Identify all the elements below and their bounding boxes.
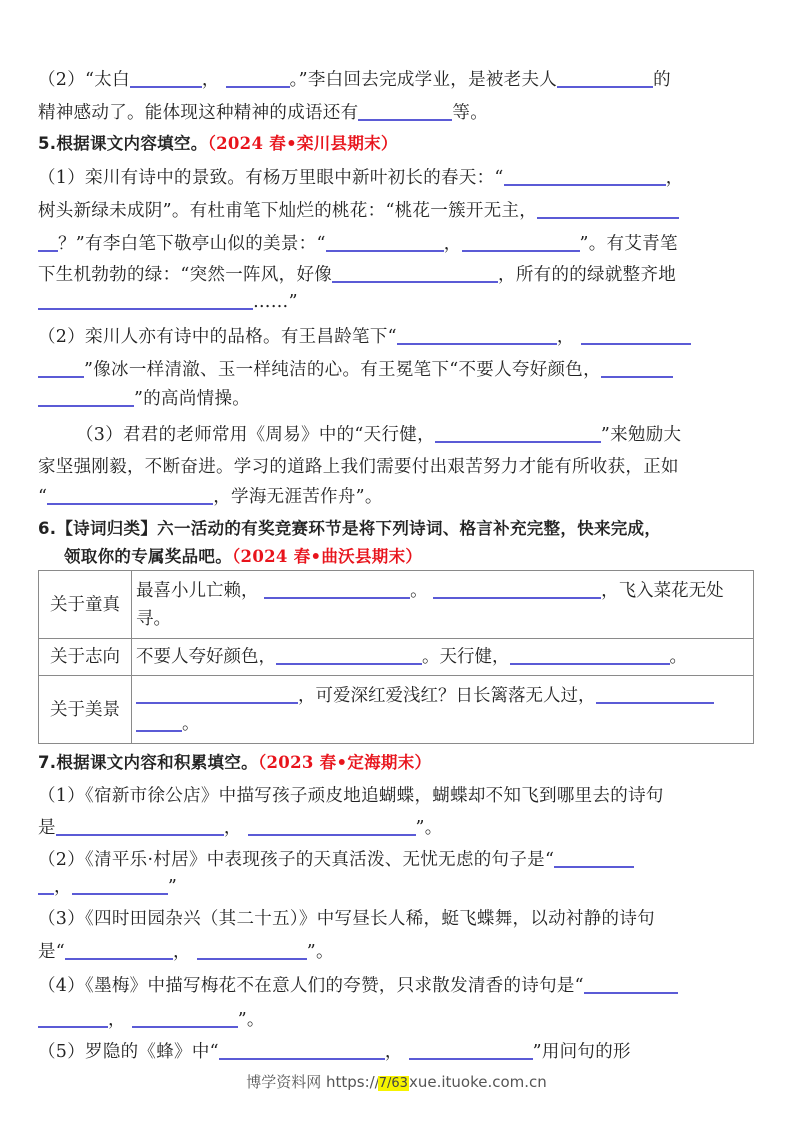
answer-blank[interactable]	[554, 848, 634, 868]
poem-table: 关于童真 最喜小儿亡赖， 。 ，飞入菜花无处 寻。 关于志向 不要人夸好颜色，。…	[38, 570, 754, 744]
q5-p3-line-1: （3）君君的老师常用《周易》中的“天行健，”来勉励大	[76, 423, 681, 446]
text: ，飞入菜花无处	[601, 581, 724, 601]
answer-blank[interactable]	[504, 166, 666, 186]
category-cell: 关于童真	[39, 571, 132, 639]
question-source: （2023 春•定海期末）	[258, 753, 431, 772]
text: ，	[224, 818, 242, 838]
q6-heading-line-2: 领取你的专属奖品吧。（2024 春•曲沃县期末）	[64, 546, 422, 568]
answer-blank[interactable]	[56, 816, 224, 836]
category-cell: 关于志向	[39, 639, 132, 676]
answer-blank[interactable]	[136, 684, 298, 704]
question-title: 6.【诗词归类】六一活动的有奖竞赛环节是将下列诗词、格言补充完整，快来完成，	[38, 519, 661, 538]
q7-p4-line-2: ， ”。	[38, 1008, 265, 1031]
q5-p1-line-3: ？”有李白笔下敬亭山似的美景：“，”。有艾青笔	[38, 232, 678, 255]
q7-p1-line-1: （1）《宿新市徐公店》中描写孩子顽皮地追蝴蝶，蝴蝶却不知飞到哪里去的诗句	[38, 785, 664, 807]
text: ”。	[238, 1010, 265, 1030]
text: （1）栾川有诗中的景致。有杨万里眼中新叶初长的春天：“	[38, 168, 504, 188]
content-cell: 不要人夸好颜色，。天行健，。	[132, 639, 754, 676]
text: 。天行健，	[422, 647, 510, 667]
text: ”用问句的形	[533, 1042, 631, 1062]
category-cell: 关于美景	[39, 676, 132, 744]
q5-p3-line-2: 家坚强刚毅，不断奋进。学习的道路上我们需要付出艰苦努力才能有所收获，正如	[38, 456, 679, 478]
text: ”。	[307, 942, 334, 962]
table-row: 关于志向 不要人夸好颜色，。天行健，。	[39, 639, 754, 676]
answer-blank[interactable]	[510, 645, 670, 665]
text: 最喜小儿亡赖，	[136, 581, 259, 601]
answer-blank[interactable]	[409, 1040, 533, 1060]
answer-blank[interactable]	[65, 940, 173, 960]
text: ，可爱深红爱浅红？日长篱落无人过，	[298, 686, 596, 706]
answer-blank[interactable]	[433, 579, 601, 599]
text: ”。	[416, 818, 443, 838]
answer-blank[interactable]	[557, 68, 653, 88]
text: ，	[108, 1010, 126, 1030]
text: （1）《宿新市徐公店》中描写孩子顽皮地追蝴蝶，蝴蝶却不知飞到哪里去的诗句	[38, 786, 664, 806]
text: 。”李白回去完成学业，是被老夫人	[290, 70, 558, 90]
text: （2）《清平乐·村居》中表现孩子的天真活泼、无忧无虑的句子是“	[38, 850, 554, 870]
footer-domain-text: xue.ituoke.com.cn	[409, 1073, 547, 1091]
answer-blank[interactable]	[47, 485, 213, 505]
text: ”	[168, 877, 177, 897]
question-source: （2024 春•栾川县期末）	[208, 134, 398, 153]
text: 是“	[38, 942, 65, 962]
text: 的	[653, 70, 671, 90]
table-row: 关于童真 最喜小儿亡赖， 。 ，飞入菜花无处 寻。	[39, 571, 754, 639]
text: ”像冰一样清澈、玉一样纯洁的心。有王冕笔下“不要人夸好颜色，	[84, 360, 601, 380]
content-cell: 最喜小儿亡赖， 。 ，飞入菜花无处 寻。	[132, 571, 754, 639]
answer-blank[interactable]	[332, 263, 498, 283]
answer-blank[interactable]	[462, 232, 580, 252]
answer-blank-cont[interactable]	[38, 875, 54, 895]
q7-heading: 7.根据课文内容和积累填空。（2023 春•定海期末）	[38, 752, 431, 774]
text: 树头新绿未成阴”。有杜甫笔下灿烂的桃花：“桃花一簇开无主，	[38, 201, 537, 221]
answer-blank[interactable]	[132, 1008, 238, 1028]
text: ，	[557, 327, 575, 347]
question-title: 5.根据课文内容填空。	[38, 134, 208, 153]
text: ，	[54, 877, 72, 897]
text: 下生机勃勃的绿：“突然一阵风，好像	[38, 265, 332, 285]
answer-blank[interactable]	[358, 101, 452, 121]
text: 是	[38, 818, 56, 838]
q7-p3-line-2: 是“， ”。	[38, 940, 334, 963]
q5-heading: 5.根据课文内容填空。（2024 春•栾川县期末）	[38, 133, 398, 155]
q5-p3-line-3: “，学海无涯苦作舟”。	[38, 485, 383, 508]
text: ，	[385, 1042, 403, 1062]
answer-blank[interactable]	[197, 940, 307, 960]
text: （4）《墨梅》中描写梅花不在意人们的夸赞，只求散发清香的诗句是“	[38, 976, 584, 996]
answer-blank-cont[interactable]	[38, 387, 134, 407]
answer-blank-cont[interactable]	[38, 232, 58, 252]
text: 寻。	[136, 609, 171, 629]
answer-blank[interactable]	[584, 974, 678, 994]
text: （5）罗隐的《蜂》中“	[38, 1042, 219, 1062]
text: ”。有艾青笔	[580, 234, 678, 254]
q4-line-1: （2）“太白， 。”李白回去完成学业，是被老夫人的	[38, 68, 671, 91]
answer-blank[interactable]	[601, 358, 673, 378]
document-page: （2）“太白， 。”李白回去完成学业，是被老夫人的 精神感动了。能体现这种精神的…	[0, 0, 793, 1122]
q5-p2-line-2: ”像冰一样清澈、玉一样纯洁的心。有王冕笔下“不要人夸好颜色，	[38, 358, 673, 381]
text: ”来勉励大	[601, 425, 681, 445]
q7-p2-line-1: （2）《清平乐·村居》中表现孩子的天真活泼、无忧无虑的句子是“	[38, 848, 634, 871]
text: 。	[410, 581, 428, 601]
answer-blank[interactable]	[72, 875, 168, 895]
text: 。	[670, 647, 688, 667]
answer-blank[interactable]	[537, 199, 679, 219]
text: 家坚强刚毅，不断奋进。学习的道路上我们需要付出艰苦努力才能有所收获，正如	[38, 457, 679, 477]
answer-blank-cont[interactable]	[136, 712, 182, 732]
text: （3）君君的老师常用《周易》中的“天行健，	[76, 425, 435, 445]
q7-p2-line-2: ，”	[38, 875, 177, 898]
q5-p1-line-4: 下生机勃勃的绿：“突然一阵风，好像，所有的的绿就整齐地	[38, 263, 676, 286]
q7-p5-line-1: （5）罗隐的《蜂》中“， ”用问句的形	[38, 1040, 631, 1063]
text: （2）栾川人亦有诗中的品格。有王昌龄笔下“	[38, 327, 397, 347]
text: ，学海无涯苦作舟”。	[213, 487, 382, 507]
answer-blank-cont[interactable]	[38, 358, 84, 378]
text: ，所有的的绿就整齐地	[498, 265, 676, 285]
text: “	[38, 487, 47, 507]
q5-p1-line-1: （1）栾川有诗中的景致。有杨万里眼中新叶初长的春天：“，	[38, 166, 684, 189]
text: 。	[182, 714, 200, 734]
answer-blank[interactable]	[248, 816, 416, 836]
text: ，	[202, 70, 220, 90]
q5-p2-line-1: （2）栾川人亦有诗中的品格。有王昌龄笔下“，	[38, 325, 691, 348]
answer-blank[interactable]	[226, 68, 290, 88]
footer-watermark: 博学资料网 https://7/63xue.ituoke.com.cn	[0, 1071, 793, 1092]
text: ，	[666, 168, 684, 188]
answer-blank[interactable]	[326, 232, 444, 252]
q5-p1-line-5: ……”	[38, 290, 298, 313]
answer-blank[interactable]	[219, 1040, 385, 1060]
answer-blank[interactable]	[264, 579, 410, 599]
text: （3）《四时田园杂兴（其二十五）》中写昼长人稀，蜓飞蝶舞，以动衬静的诗句	[38, 909, 655, 929]
answer-blank[interactable]	[596, 684, 714, 704]
text: ，	[173, 942, 191, 962]
text: ，	[444, 234, 462, 254]
answer-blank[interactable]	[397, 325, 557, 345]
q7-p4-line-1: （4）《墨梅》中描写梅花不在意人们的夸赞，只求散发清香的诗句是“	[38, 974, 678, 997]
answer-blank[interactable]	[130, 68, 202, 88]
text: 精神感动了。能体现这种精神的成语还有	[38, 103, 358, 123]
text: 不要人夸好颜色，	[136, 647, 276, 667]
text: （2）“太白	[38, 70, 130, 90]
q5-p1-line-2: 树头新绿未成阴”。有杜甫笔下灿烂的桃花：“桃花一簇开无主，	[38, 199, 679, 222]
answer-blank[interactable]	[38, 290, 253, 310]
content-cell: ，可爱深红爱浅红？日长篱落无人过， 。	[132, 676, 754, 744]
text: ……”	[253, 292, 298, 312]
q7-p3-line-1: （3）《四时田园杂兴（其二十五）》中写昼长人稀，蜓飞蝶舞，以动衬静的诗句	[38, 908, 655, 930]
q6-heading-line-1: 6.【诗词归类】六一活动的有奖竞赛环节是将下列诗词、格言补充完整，快来完成，	[38, 518, 661, 540]
question-source: （2024 春•曲沃县期末）	[232, 547, 422, 566]
answer-blank[interactable]	[581, 325, 691, 345]
question-title-cont: 领取你的专属奖品吧。	[64, 547, 232, 566]
footer-site-text: 博学资料网 https://	[246, 1073, 380, 1091]
text: ”的高尚情操。	[134, 389, 250, 409]
text: ？”有李白笔下敬亭山似的美景：“	[58, 234, 326, 254]
answer-blank[interactable]	[276, 645, 422, 665]
answer-blank-cont[interactable]	[38, 1008, 108, 1028]
q4-line-2: 精神感动了。能体现这种精神的成语还有等。	[38, 101, 488, 124]
q7-p1-line-2: 是， ”。	[38, 816, 443, 839]
page-number-marker: 7/63	[378, 1076, 409, 1091]
answer-blank[interactable]	[435, 423, 601, 443]
question-title: 7.根据课文内容和积累填空。	[38, 753, 258, 772]
table-row: 关于美景 ，可爱深红爱浅红？日长篱落无人过， 。	[39, 676, 754, 744]
q5-p2-line-3: ”的高尚情操。	[38, 387, 250, 410]
text: 等。	[452, 103, 488, 123]
